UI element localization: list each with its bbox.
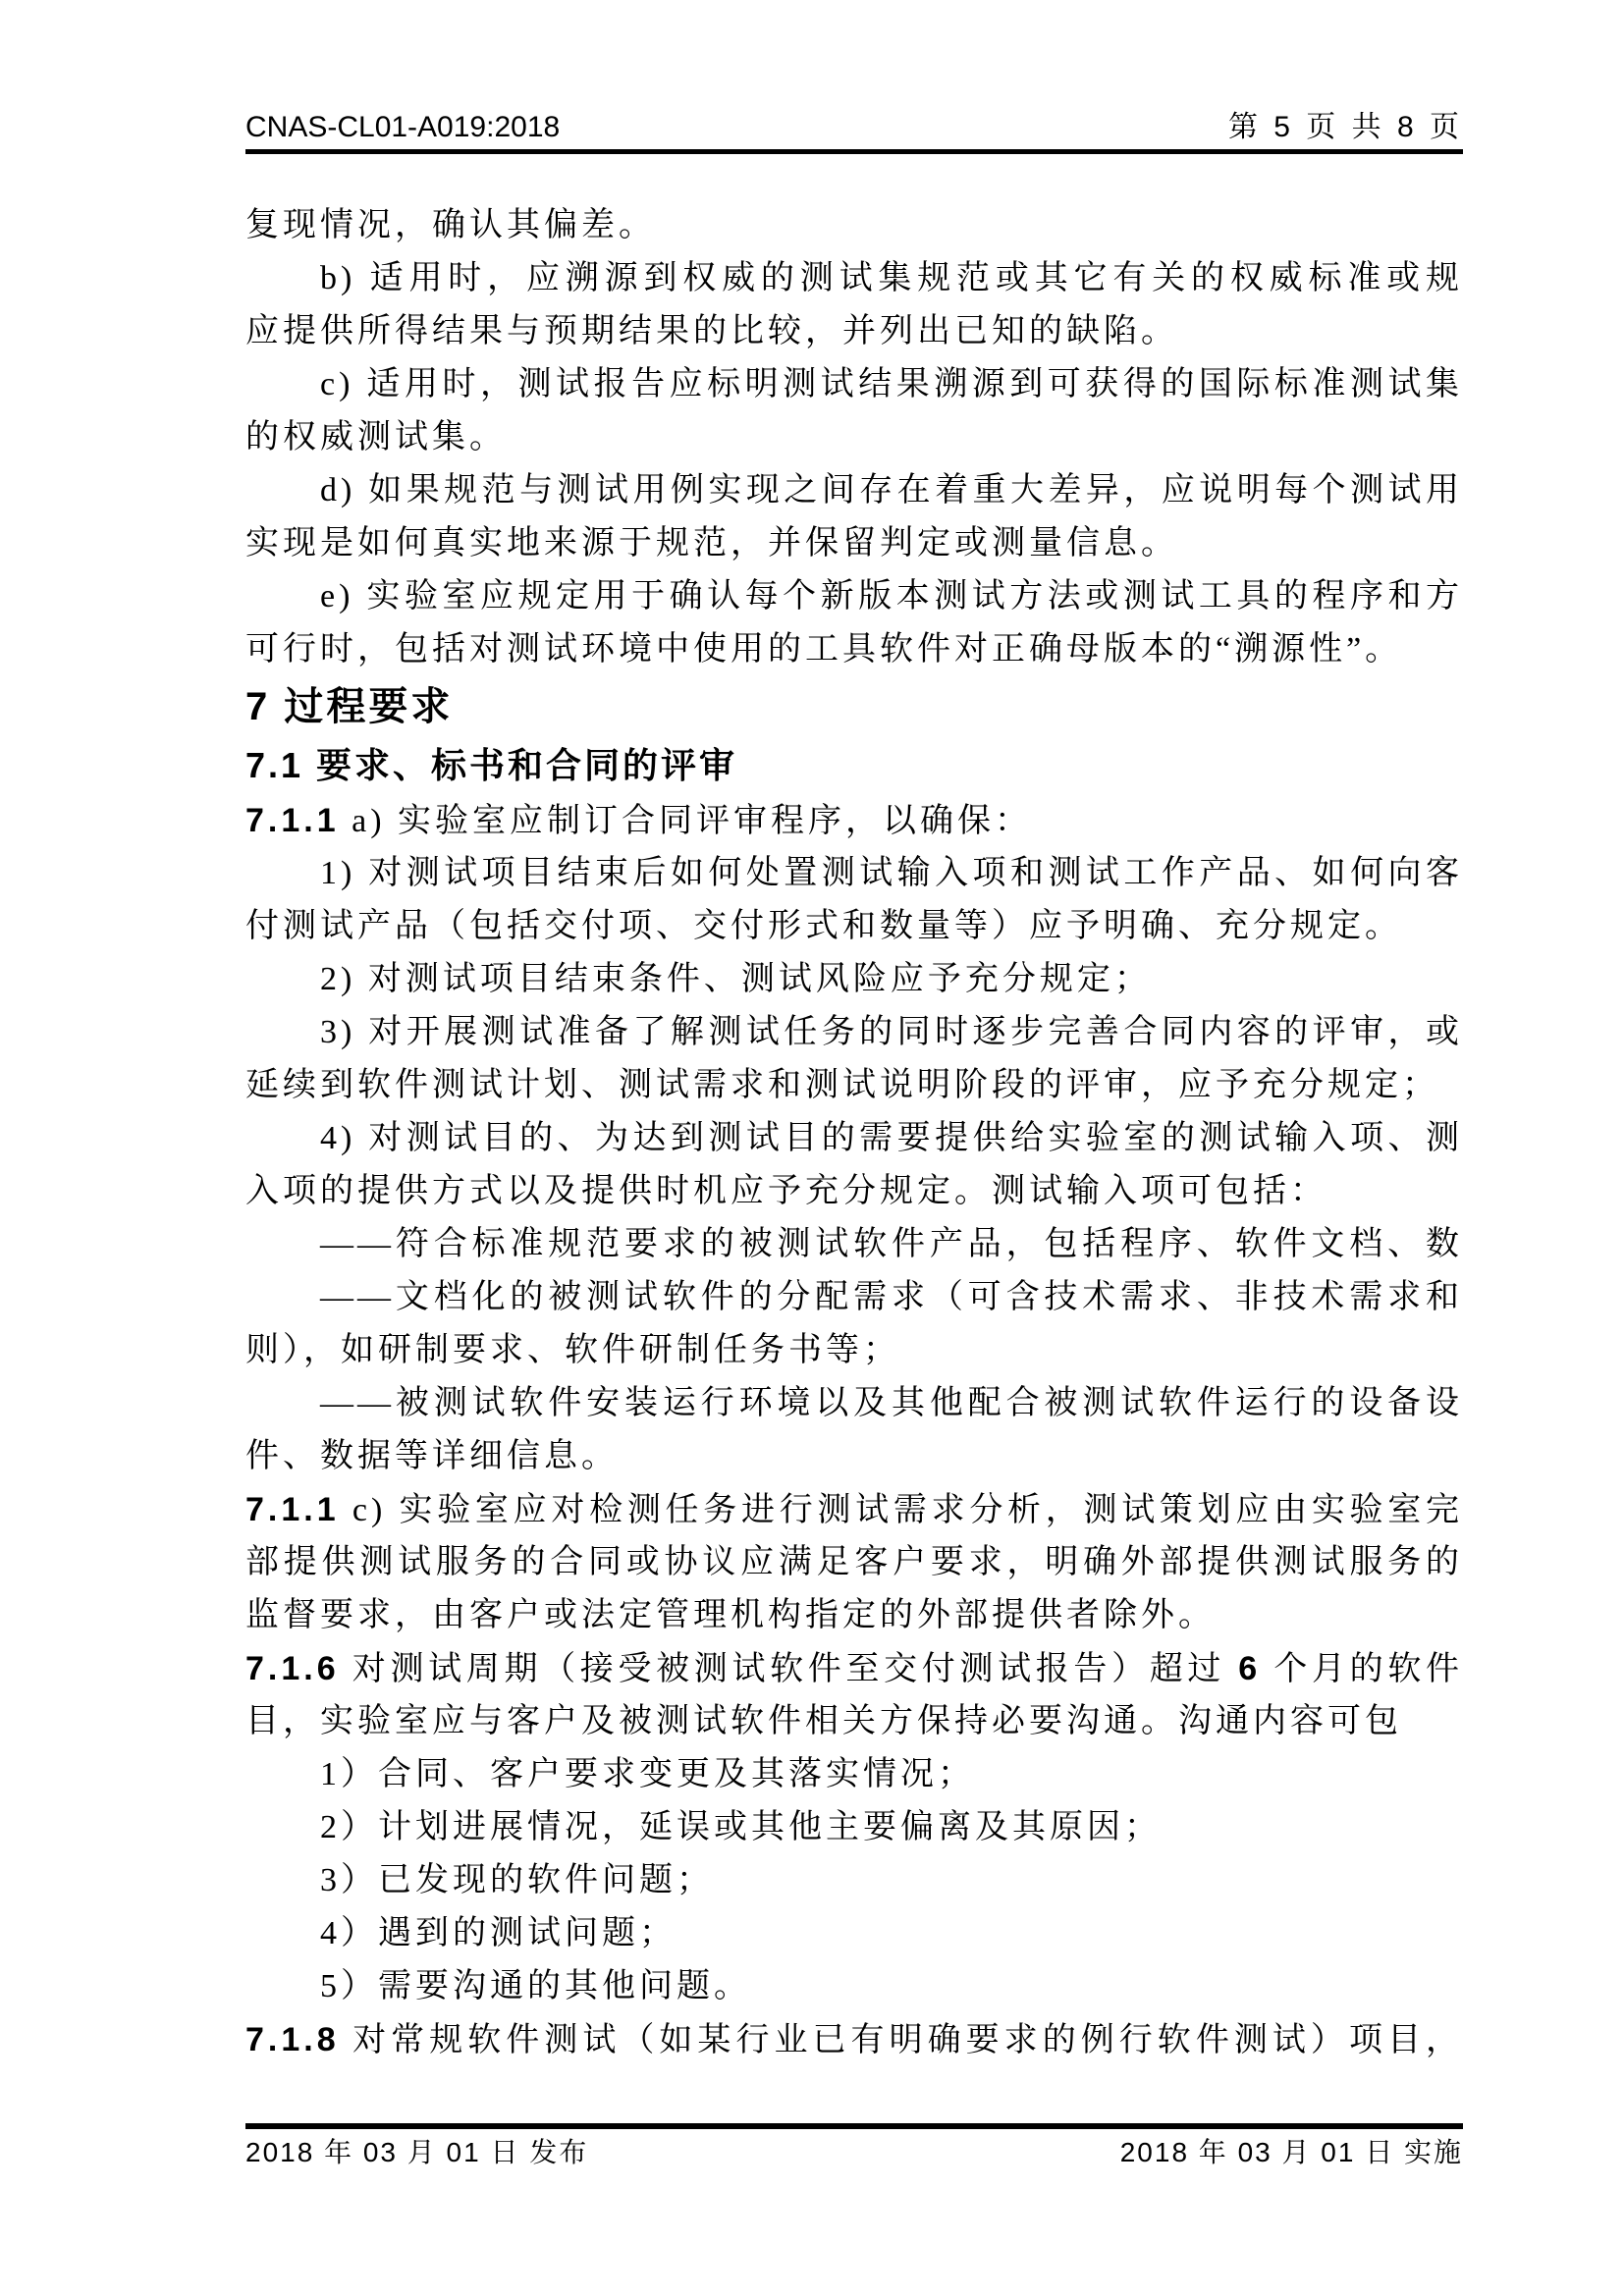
text-segment: 4) 对测试目的、为达到测试目的需要提供给实验室的测试输入项、测试输 xyxy=(320,1120,1463,1167)
clause-number: 7.1.1 xyxy=(245,1491,340,1528)
document-page: CNAS-CL01-A019:2018 第 5 页 共 8 页 复现情况，确认其… xyxy=(0,0,1624,2296)
text-line: 7.1.8 对常规软件测试（如某行业已有明确要求的例行软件测试）项目，测试合 xyxy=(245,2015,1463,2068)
page-number-info: 第 5 页 共 8 页 xyxy=(1228,110,1463,145)
text-segment: 4）遇到的测试问题； xyxy=(320,1915,677,1951)
document-body: 复现情况，确认其偏差。b) 适用时，应溯源到权威的测试集规范或其它有关的权威标准… xyxy=(245,201,1463,2068)
text-segment: c) 适用时，测试报告应标明测试结果溯源到可获得的国际标准测试集或相关 xyxy=(320,366,1463,413)
text-segment: d) 如果规范与测试用例实现之间存在着重大差异，应说明每个测试用例的 xyxy=(320,472,1463,519)
text-line: b) 适用时，应溯源到权威的测试集规范或其它有关的权威标准或规范，还 xyxy=(245,254,1463,307)
text-segment: ——文档化的被测试软件的分配需求（可含技术需求、非技术需求和验收准 xyxy=(320,1279,1463,1326)
header-divider-line xyxy=(245,149,1463,154)
text-line: 2）计划进展情况，延误或其他主要偏离及其原因； xyxy=(245,1803,1463,1856)
text-line: 应提供所得结果与预期结果的比较，并列出已知的缺陷。 xyxy=(245,307,1463,360)
text-line: e) 实验室应规定用于确认每个新版本测试方法或测试工具的程序和方法。 xyxy=(245,572,1463,625)
text-segment: 件、数据等详细信息。 xyxy=(245,1438,619,1474)
text-segment: 5）需要沟通的其他问题。 xyxy=(320,1968,751,2004)
text-line: 4）遇到的测试问题； xyxy=(245,1909,1463,1962)
text-line: 件、数据等详细信息。 xyxy=(245,1432,1463,1485)
text-line: 的权威测试集。 xyxy=(245,413,1463,466)
page-header: CNAS-CL01-A019:2018 第 5 页 共 8 页 xyxy=(245,110,1463,145)
text-segment: c) 实验室应对检测任务进行测试需求分析，测试策划应由实验室完成，外 xyxy=(245,1492,1463,1538)
text-line: 7.1.6 对测试周期（接受被测试软件至交付测试报告）超过 6 个月的软件测试项 xyxy=(245,1644,1463,1697)
text-line: 2) 对测试项目结束条件、测试风险应予充分规定； xyxy=(245,955,1463,1008)
text-segment: 2) 对测试项目结束条件、测试风险应予充分规定； xyxy=(320,961,1152,997)
page-footer: 2018 年 03 月 01 日 发布 2018 年 03 月 01 日 实施 xyxy=(245,2136,1463,2169)
text-segment: 监督要求，由客户或法定管理机构指定的外部提供者除外。 xyxy=(245,1597,1216,1633)
text-segment: 目，实验室应与客户及被测试软件相关方保持必要沟通。沟通内容可包括： xyxy=(245,1703,1402,1750)
text-segment: 的权威测试集。 xyxy=(245,419,507,455)
clause-number: 7.1.8 xyxy=(245,2021,340,2058)
clause-number: 7.1.1 xyxy=(245,802,340,839)
subsection-heading: 7.1 要求、标书和合同的评审 xyxy=(245,739,1463,796)
text-segment: 部提供测试服务的合同或协议应满足客户要求，明确外部提供测试服务的评审和 xyxy=(245,1544,1463,1591)
text-line: ——符合标准规范要求的被测试软件产品，包括程序、软件文档、数据文档； xyxy=(245,1220,1463,1273)
text-line: 5）需要沟通的其他问题。 xyxy=(245,1962,1463,2015)
text-segment: 7.1 要求、标书和合同的评审 xyxy=(245,745,737,785)
implement-date: 2018 年 03 月 01 日 实施 xyxy=(1120,2136,1463,2169)
text-segment: 可行时，包括对测试环境中使用的工具软件对正确母版本的“溯源性”。 xyxy=(245,631,1402,667)
footer-divider-line xyxy=(245,2123,1463,2129)
text-line: 实现是如何真实地来源于规范，并保留判定或测量信息。 xyxy=(245,519,1463,572)
text-line: d) 如果规范与测试用例实现之间存在着重大差异，应说明每个测试用例的 xyxy=(245,466,1463,519)
text-line: 复现情况，确认其偏差。 xyxy=(245,201,1463,254)
text-segment: 应提供所得结果与预期结果的比较，并列出已知的缺陷。 xyxy=(245,313,1178,349)
text-line: 7.1.1 a) 实验室应制订合同评审程序，以确保： xyxy=(245,796,1463,849)
text-segment: 7 过程要求 xyxy=(245,685,453,728)
text-line: 入项的提供方式以及提供时机应予充分规定。测试输入项可包括： xyxy=(245,1167,1463,1220)
text-line: c) 适用时，测试报告应标明测试结果溯源到可获得的国际标准测试集或相关 xyxy=(245,360,1463,413)
text-segment: ——符合标准规范要求的被测试软件产品，包括程序、软件文档、数据文档； xyxy=(320,1226,1463,1273)
text-segment: 1）合同、客户要求变更及其落实情况； xyxy=(320,1756,975,1792)
text-segment: e) 实验室应规定用于确认每个新版本测试方法或测试工具的程序和方法。 xyxy=(320,578,1463,625)
text-line: 1) 对测试项目结束后如何处置测试输入项和测试工作产品、如何向客户交 xyxy=(245,849,1463,902)
text-line: 则），如研制要求、软件研制任务书等； xyxy=(245,1326,1463,1379)
text-line: 付测试产品（包括交付项、交付形式和数量等）应予明确、充分规定。 xyxy=(245,902,1463,955)
text-segment: 延续到软件测试计划、测试需求和测试说明阶段的评审，应予充分规定； xyxy=(245,1067,1439,1103)
text-line: 3）已发现的软件问题； xyxy=(245,1856,1463,1909)
text-segment: 则），如研制要求、软件研制任务书等； xyxy=(245,1332,900,1368)
text-line: 1）合同、客户要求变更及其落实情况； xyxy=(245,1750,1463,1803)
release-date: 2018 年 03 月 01 日 发布 xyxy=(245,2136,588,2169)
text-segment: ——被测试软件安装运行环境以及其他配合被测试软件运行的设备设施、软 xyxy=(320,1385,1463,1432)
clause-number: 7.1.6 xyxy=(245,1650,340,1687)
text-line: 目，实验室应与客户及被测试软件相关方保持必要沟通。沟通内容可包括： xyxy=(245,1697,1463,1750)
section-heading: 7 过程要求 xyxy=(245,678,1463,739)
clause-number: 6 xyxy=(1238,1650,1261,1687)
document-code: CNAS-CL01-A019:2018 xyxy=(245,110,560,145)
text-segment: b) 适用时，应溯源到权威的测试集规范或其它有关的权威标准或规范，还 xyxy=(320,260,1463,307)
text-line: 4) 对测试目的、为达到测试目的需要提供给实验室的测试输入项、测试输 xyxy=(245,1114,1463,1167)
text-line: ——被测试软件安装运行环境以及其他配合被测试软件运行的设备设施、软 xyxy=(245,1379,1463,1432)
text-line: 部提供测试服务的合同或协议应满足客户要求，明确外部提供测试服务的评审和 xyxy=(245,1538,1463,1591)
text-line: 延续到软件测试计划、测试需求和测试说明阶段的评审，应予充分规定； xyxy=(245,1061,1463,1114)
text-segment: 1) 对测试项目结束后如何处置测试输入项和测试工作产品、如何向客户交 xyxy=(320,855,1463,902)
text-segment: 3) 对开展测试准备了解测试任务的同时逐步完善合同内容的评审，或可能 xyxy=(320,1014,1463,1061)
text-line: 监督要求，由客户或法定管理机构指定的外部提供者除外。 xyxy=(245,1591,1463,1644)
text-segment: a) 实验室应制订合同评审程序，以确保： xyxy=(340,803,1032,839)
text-segment: 对常规软件测试（如某行业已有明确要求的例行软件测试）项目，测试合 xyxy=(245,2022,1463,2068)
text-line: 可行时，包括对测试环境中使用的工具软件对正确母版本的“溯源性”。 xyxy=(245,625,1463,678)
text-segment: 2）计划进展情况，延误或其他主要偏离及其原因； xyxy=(320,1809,1162,1845)
text-line: ——文档化的被测试软件的分配需求（可含技术需求、非技术需求和验收准 xyxy=(245,1273,1463,1326)
text-segment: 付测试产品（包括交付项、交付形式和数量等）应予明确、充分规定。 xyxy=(245,908,1402,944)
text-segment: 实现是如何真实地来源于规范，并保留判定或测量信息。 xyxy=(245,525,1178,561)
text-line: 7.1.1 c) 实验室应对检测任务进行测试需求分析，测试策划应由实验室完成，外 xyxy=(245,1485,1463,1538)
text-segment: 入项的提供方式以及提供时机应予充分规定。测试输入项可包括： xyxy=(245,1173,1327,1209)
text-line: 3) 对开展测试准备了解测试任务的同时逐步完善合同内容的评审，或可能 xyxy=(245,1008,1463,1061)
text-segment: 复现情况，确认其偏差。 xyxy=(245,207,656,243)
text-segment: 3）已发现的软件问题； xyxy=(320,1862,714,1898)
text-segment: 对测试周期（接受被测试软件至交付测试报告）超过 xyxy=(340,1651,1239,1687)
